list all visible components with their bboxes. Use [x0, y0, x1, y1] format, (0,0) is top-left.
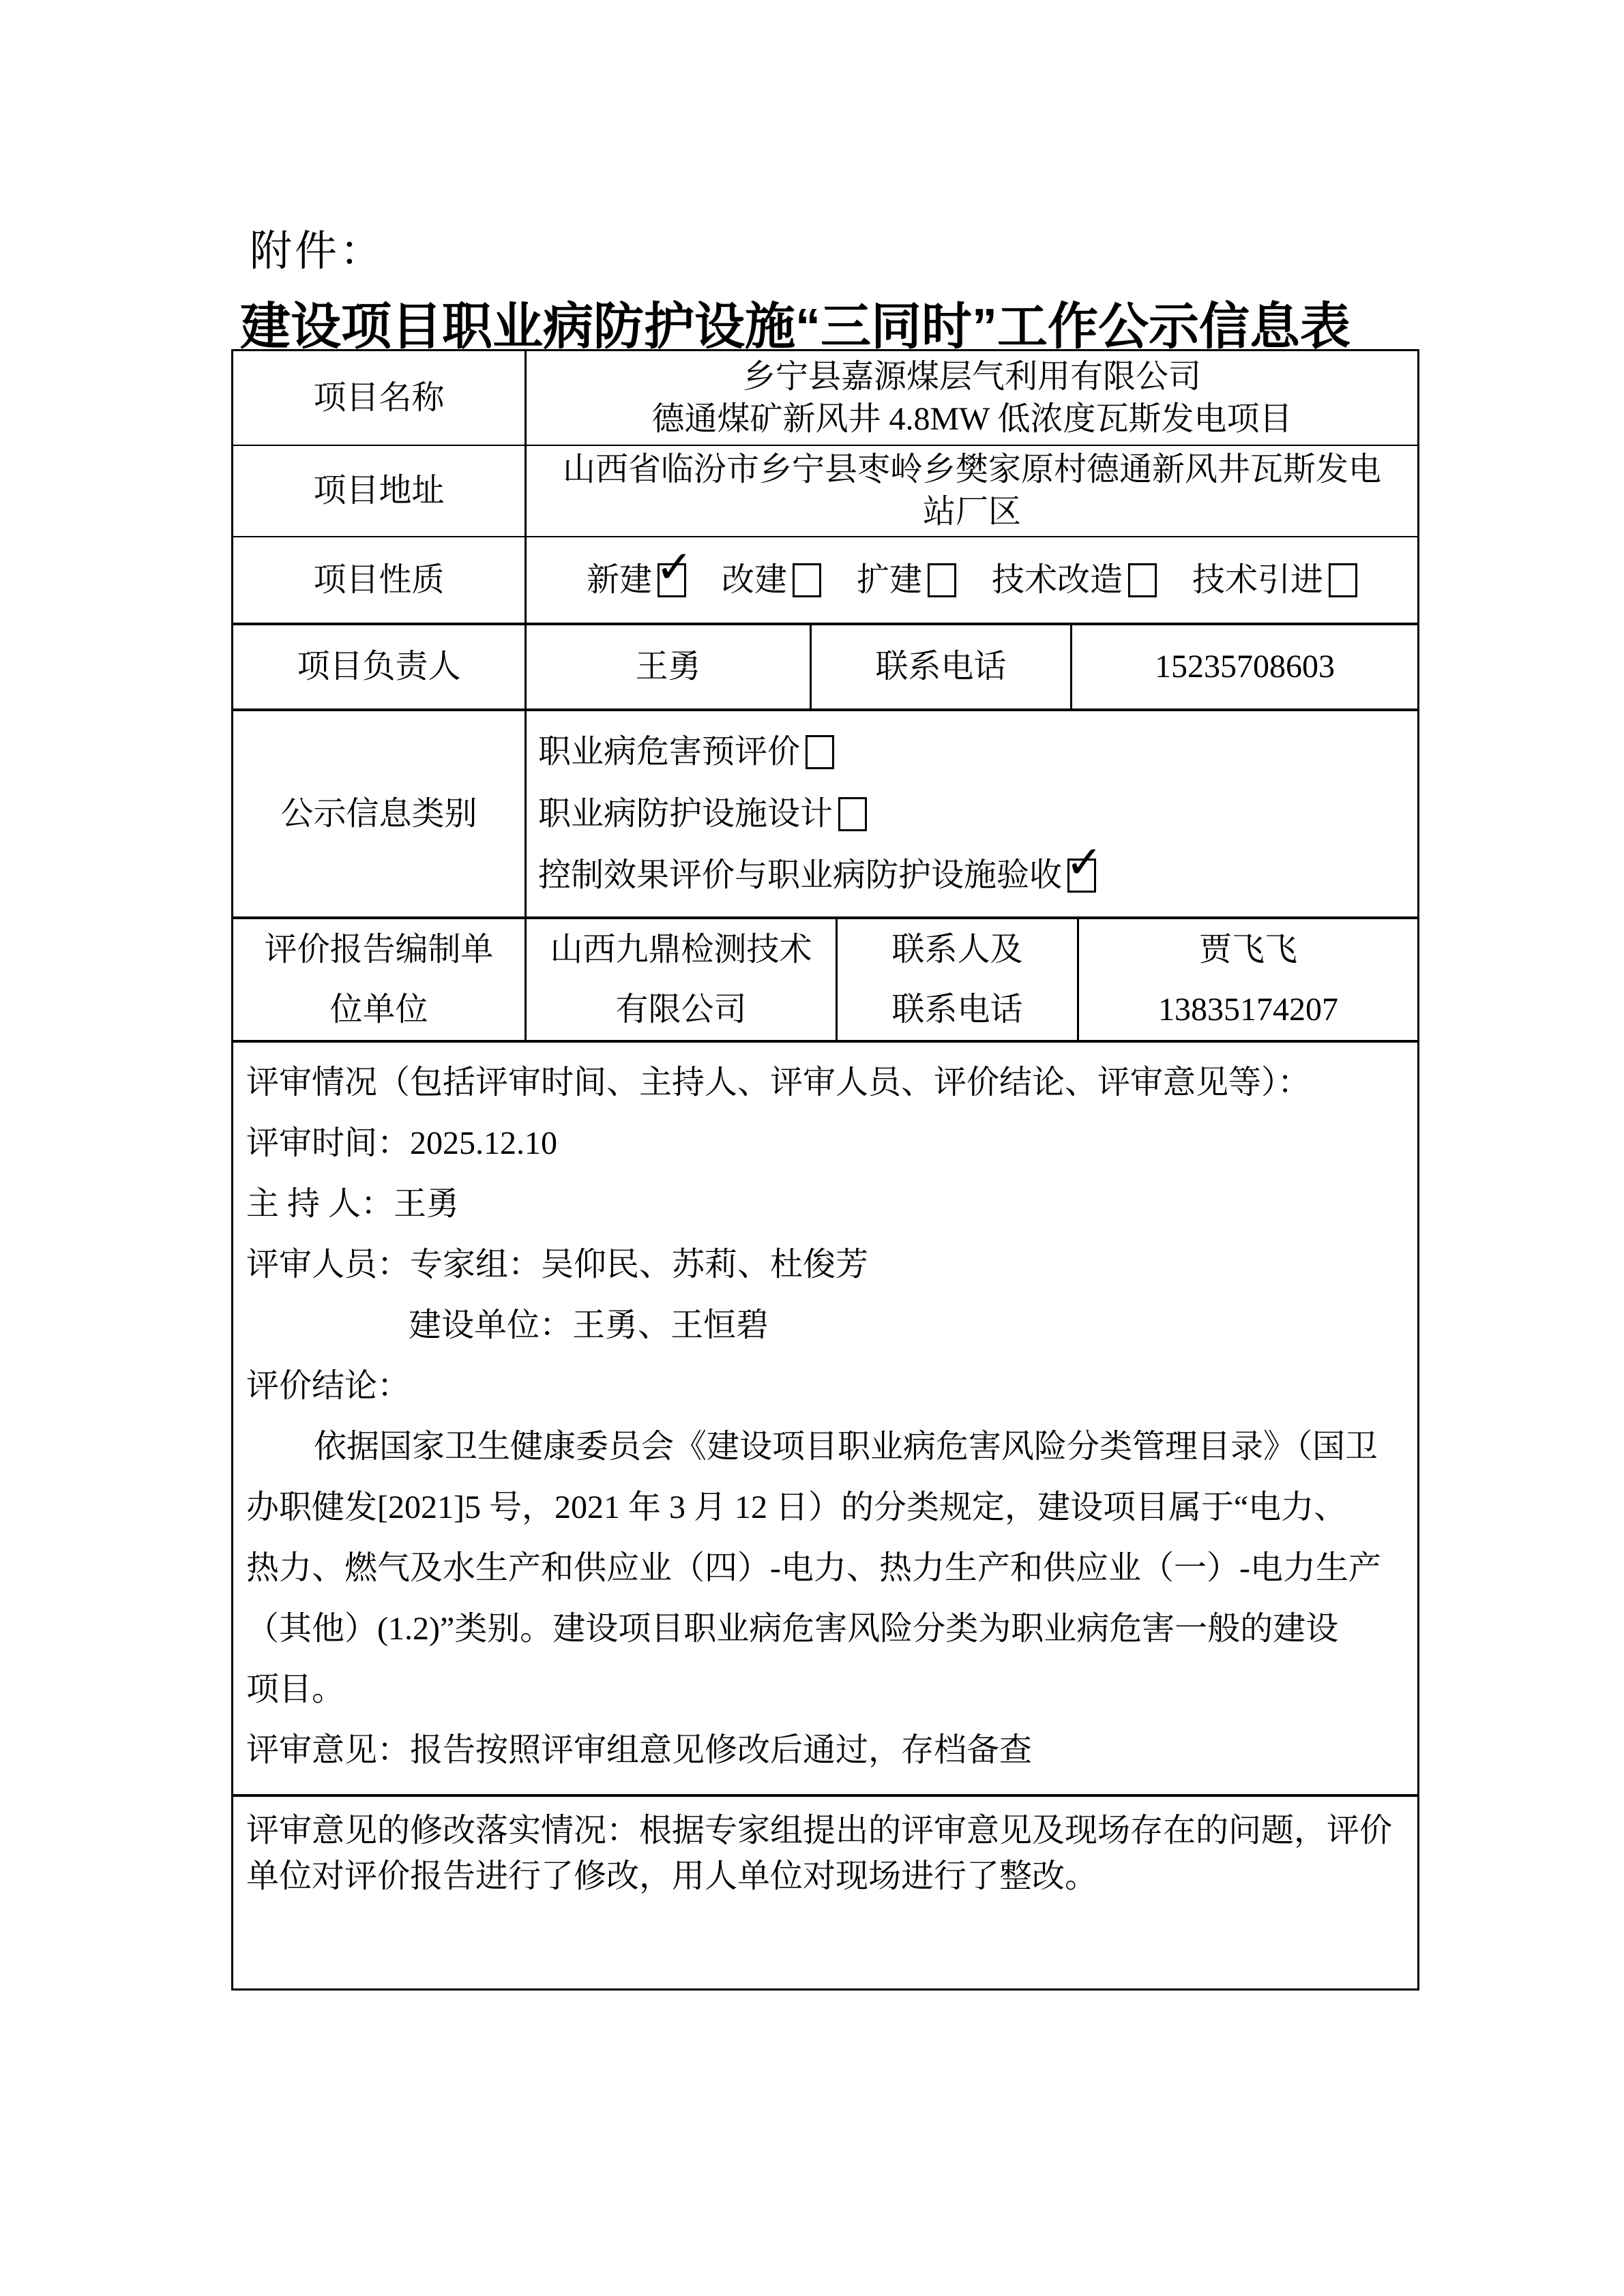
report-unit-label-line2: 位单位: [329, 980, 428, 1040]
checkbox-empty-icon: [1128, 563, 1157, 597]
report-unit-contact-phone: 13835174207: [1158, 980, 1338, 1040]
publicity-option-label: 职业病防护设施设计: [538, 793, 833, 835]
project-nature-label: 项目性质: [233, 537, 525, 623]
review-line: （其他）(1.2)”类别。建设项目职业病危害风险分类为职业病危害一般的建设: [246, 1598, 1402, 1659]
review-line: 热力、燃气及水生产和供应业（四）-电力、热力生产和供应业（一）-电力生产: [246, 1538, 1402, 1598]
publicity-option-label: 控制效果评价与职业病防护设施验收: [538, 854, 1062, 897]
project-nature-options: 新建 改建 扩建 技术改造 技术引进: [525, 537, 1417, 623]
project-name-line2: 德通煤矿新风井 4.8MW 低浓度瓦斯发电项目: [651, 398, 1292, 441]
review-line: 办职健发[2021]5 号，2021 年 3 月 12 日）的分类规定，建设项目…: [246, 1477, 1402, 1538]
project-leader-name: 王勇: [525, 625, 810, 709]
row-project-nature: 项目性质 新建 改建 扩建 技术改造: [233, 537, 1417, 625]
checkbox-empty-icon: [928, 563, 956, 597]
nature-option-expand: 扩建: [857, 559, 956, 601]
report-unit-contact-label: 联系人及 联系电话: [836, 919, 1077, 1040]
row-review-status: 评审情况（包括评审时间、主持人、评审人员、评价结论、评审意见等）： 评审时间：2…: [233, 1043, 1417, 1797]
row-report-unit: 评价报告编制单 位单位 山西九鼎检测技术 有限公司 联系人及 联系电话 贾飞飞 …: [233, 919, 1417, 1043]
project-leader-phone-label: 联系电话: [810, 625, 1070, 709]
report-unit-contact-label-line2: 联系电话: [891, 980, 1022, 1040]
review-line: 评价结论：: [246, 1356, 1402, 1416]
publicity-option-pre-evaluation: 职业病危害预评价: [538, 731, 834, 773]
project-address-line1: 山西省临汾市乡宁县枣岭乡樊家原村德通新风井瓦斯发电: [563, 449, 1381, 491]
review-line: 评审意见：报告按照评审组意见修改后通过，存档备查: [246, 1720, 1402, 1780]
checkbox-empty-icon: [806, 735, 834, 769]
report-unit-contact-label-line1: 联系人及: [891, 920, 1022, 980]
row-project-name: 项目名称 乡宁县嘉源煤层气利用有限公司 德通煤矿新风井 4.8MW 低浓度瓦斯发…: [233, 351, 1417, 446]
nature-option-tech-reform: 技术改造: [992, 559, 1157, 601]
project-address-value: 山西省临汾市乡宁县枣岭乡樊家原村德通新风井瓦斯发电 站厂区: [525, 446, 1417, 536]
nature-option-label: 新建: [587, 559, 652, 601]
publicity-option-label: 职业病危害预评价: [538, 731, 800, 773]
checkbox-empty-icon: [1329, 563, 1357, 597]
report-unit-label: 评价报告编制单 位单位: [233, 919, 525, 1040]
project-leader-phone: 15235708603: [1070, 625, 1417, 709]
nature-option-label: 扩建: [857, 559, 922, 601]
report-unit-name-line2: 有限公司: [615, 980, 746, 1040]
row-publicity-type: 公示信息类别 职业病危害预评价 职业病防护设施设计 控制效果评价与职业病防护设施…: [233, 711, 1417, 919]
publicity-option-facility-design: 职业病防护设施设计: [538, 793, 867, 835]
implementation-text: 评审意见的修改落实情况：根据专家组提出的评审意见及现场存在的问题，评价 单位对评…: [233, 1797, 1417, 1988]
checkbox-empty-icon: [838, 797, 867, 831]
checkbox-checked-icon: [1067, 859, 1096, 893]
nature-option-rebuild: 改建: [722, 559, 821, 601]
row-project-address: 项目地址 山西省临汾市乡宁县枣岭乡樊家原村德通新风井瓦斯发电 站厂区: [233, 446, 1417, 537]
row-implementation: 评审意见的修改落实情况：根据专家组提出的评审意见及现场存在的问题，评价 单位对评…: [233, 1797, 1417, 1988]
implementation-line: 评审意见的修改落实情况：根据专家组提出的评审意见及现场存在的问题，评价: [246, 1808, 1400, 1853]
project-address-label: 项目地址: [233, 446, 525, 536]
review-line: 建设单位：王勇、王恒碧: [246, 1295, 1402, 1356]
project-name-value: 乡宁县嘉源煤层气利用有限公司 德通煤矿新风井 4.8MW 低浓度瓦斯发电项目: [525, 351, 1417, 445]
report-unit-label-line1: 评价报告编制单: [264, 920, 493, 980]
row-project-leader: 项目负责人 王勇 联系电话 15235708603: [233, 625, 1417, 711]
project-address-line2: 站厂区: [923, 491, 1021, 533]
nature-option-tech-import: 技术引进: [1192, 559, 1357, 601]
report-unit-contact-name: 贾飞飞: [1199, 920, 1297, 980]
project-leader-label: 项目负责人: [233, 625, 525, 709]
nature-option-label: 技术改造: [992, 559, 1123, 601]
report-unit-name: 山西九鼎检测技术 有限公司: [525, 919, 836, 1040]
review-line: 项目。: [246, 1659, 1402, 1720]
page-title: 建设项目职业病防护设施“三同时”工作公示信息表: [240, 286, 1350, 359]
report-unit-name-line1: 山西九鼎检测技术: [550, 920, 812, 980]
review-line: 评审情况（包括评审时间、主持人、评审人员、评价结论、评审意见等）：: [246, 1052, 1402, 1113]
attachment-label: 附件：: [250, 217, 385, 278]
publicity-option-acceptance: 控制效果评价与职业病防护设施验收: [538, 854, 1096, 897]
project-name-label: 项目名称: [233, 351, 525, 445]
publicity-type-options: 职业病危害预评价 职业病防护设施设计 控制效果评价与职业病防护设施验收: [525, 711, 1417, 916]
review-status-text: 评审情况（包括评审时间、主持人、评审人员、评价结论、评审意见等）： 评审时间：2…: [233, 1043, 1417, 1794]
document-page: 附件： 建设项目职业病防护设施“三同时”工作公示信息表 项目名称 乡宁县嘉源煤层…: [0, 0, 1624, 2296]
report-unit-contact: 贾飞飞 13835174207: [1077, 919, 1417, 1040]
nature-option-label: 技术引进: [1192, 559, 1323, 601]
implementation-line: 单位对评价报告进行了修改，用人单位对现场进行了整改。: [246, 1853, 1400, 1899]
checkbox-empty-icon: [793, 563, 821, 597]
nature-option-new: 新建: [587, 559, 686, 601]
review-line: 评审人员：专家组：吴仰民、苏莉、杜俊芳: [246, 1234, 1402, 1295]
review-line: 评审时间：2025.12.10: [246, 1113, 1402, 1174]
checkbox-checked-icon: [658, 563, 686, 597]
review-line: 依据国家卫生健康委员会《建设项目职业病危害风险分类管理目录》（国卫: [246, 1416, 1402, 1477]
info-table: 项目名称 乡宁县嘉源煤层气利用有限公司 德通煤矿新风井 4.8MW 低浓度瓦斯发…: [231, 349, 1419, 1991]
review-line: 主 持 人：王勇: [246, 1174, 1402, 1234]
nature-option-label: 改建: [722, 559, 787, 601]
publicity-type-label: 公示信息类别: [233, 711, 525, 916]
project-name-line1: 乡宁县嘉源煤层气利用有限公司: [743, 356, 1201, 398]
